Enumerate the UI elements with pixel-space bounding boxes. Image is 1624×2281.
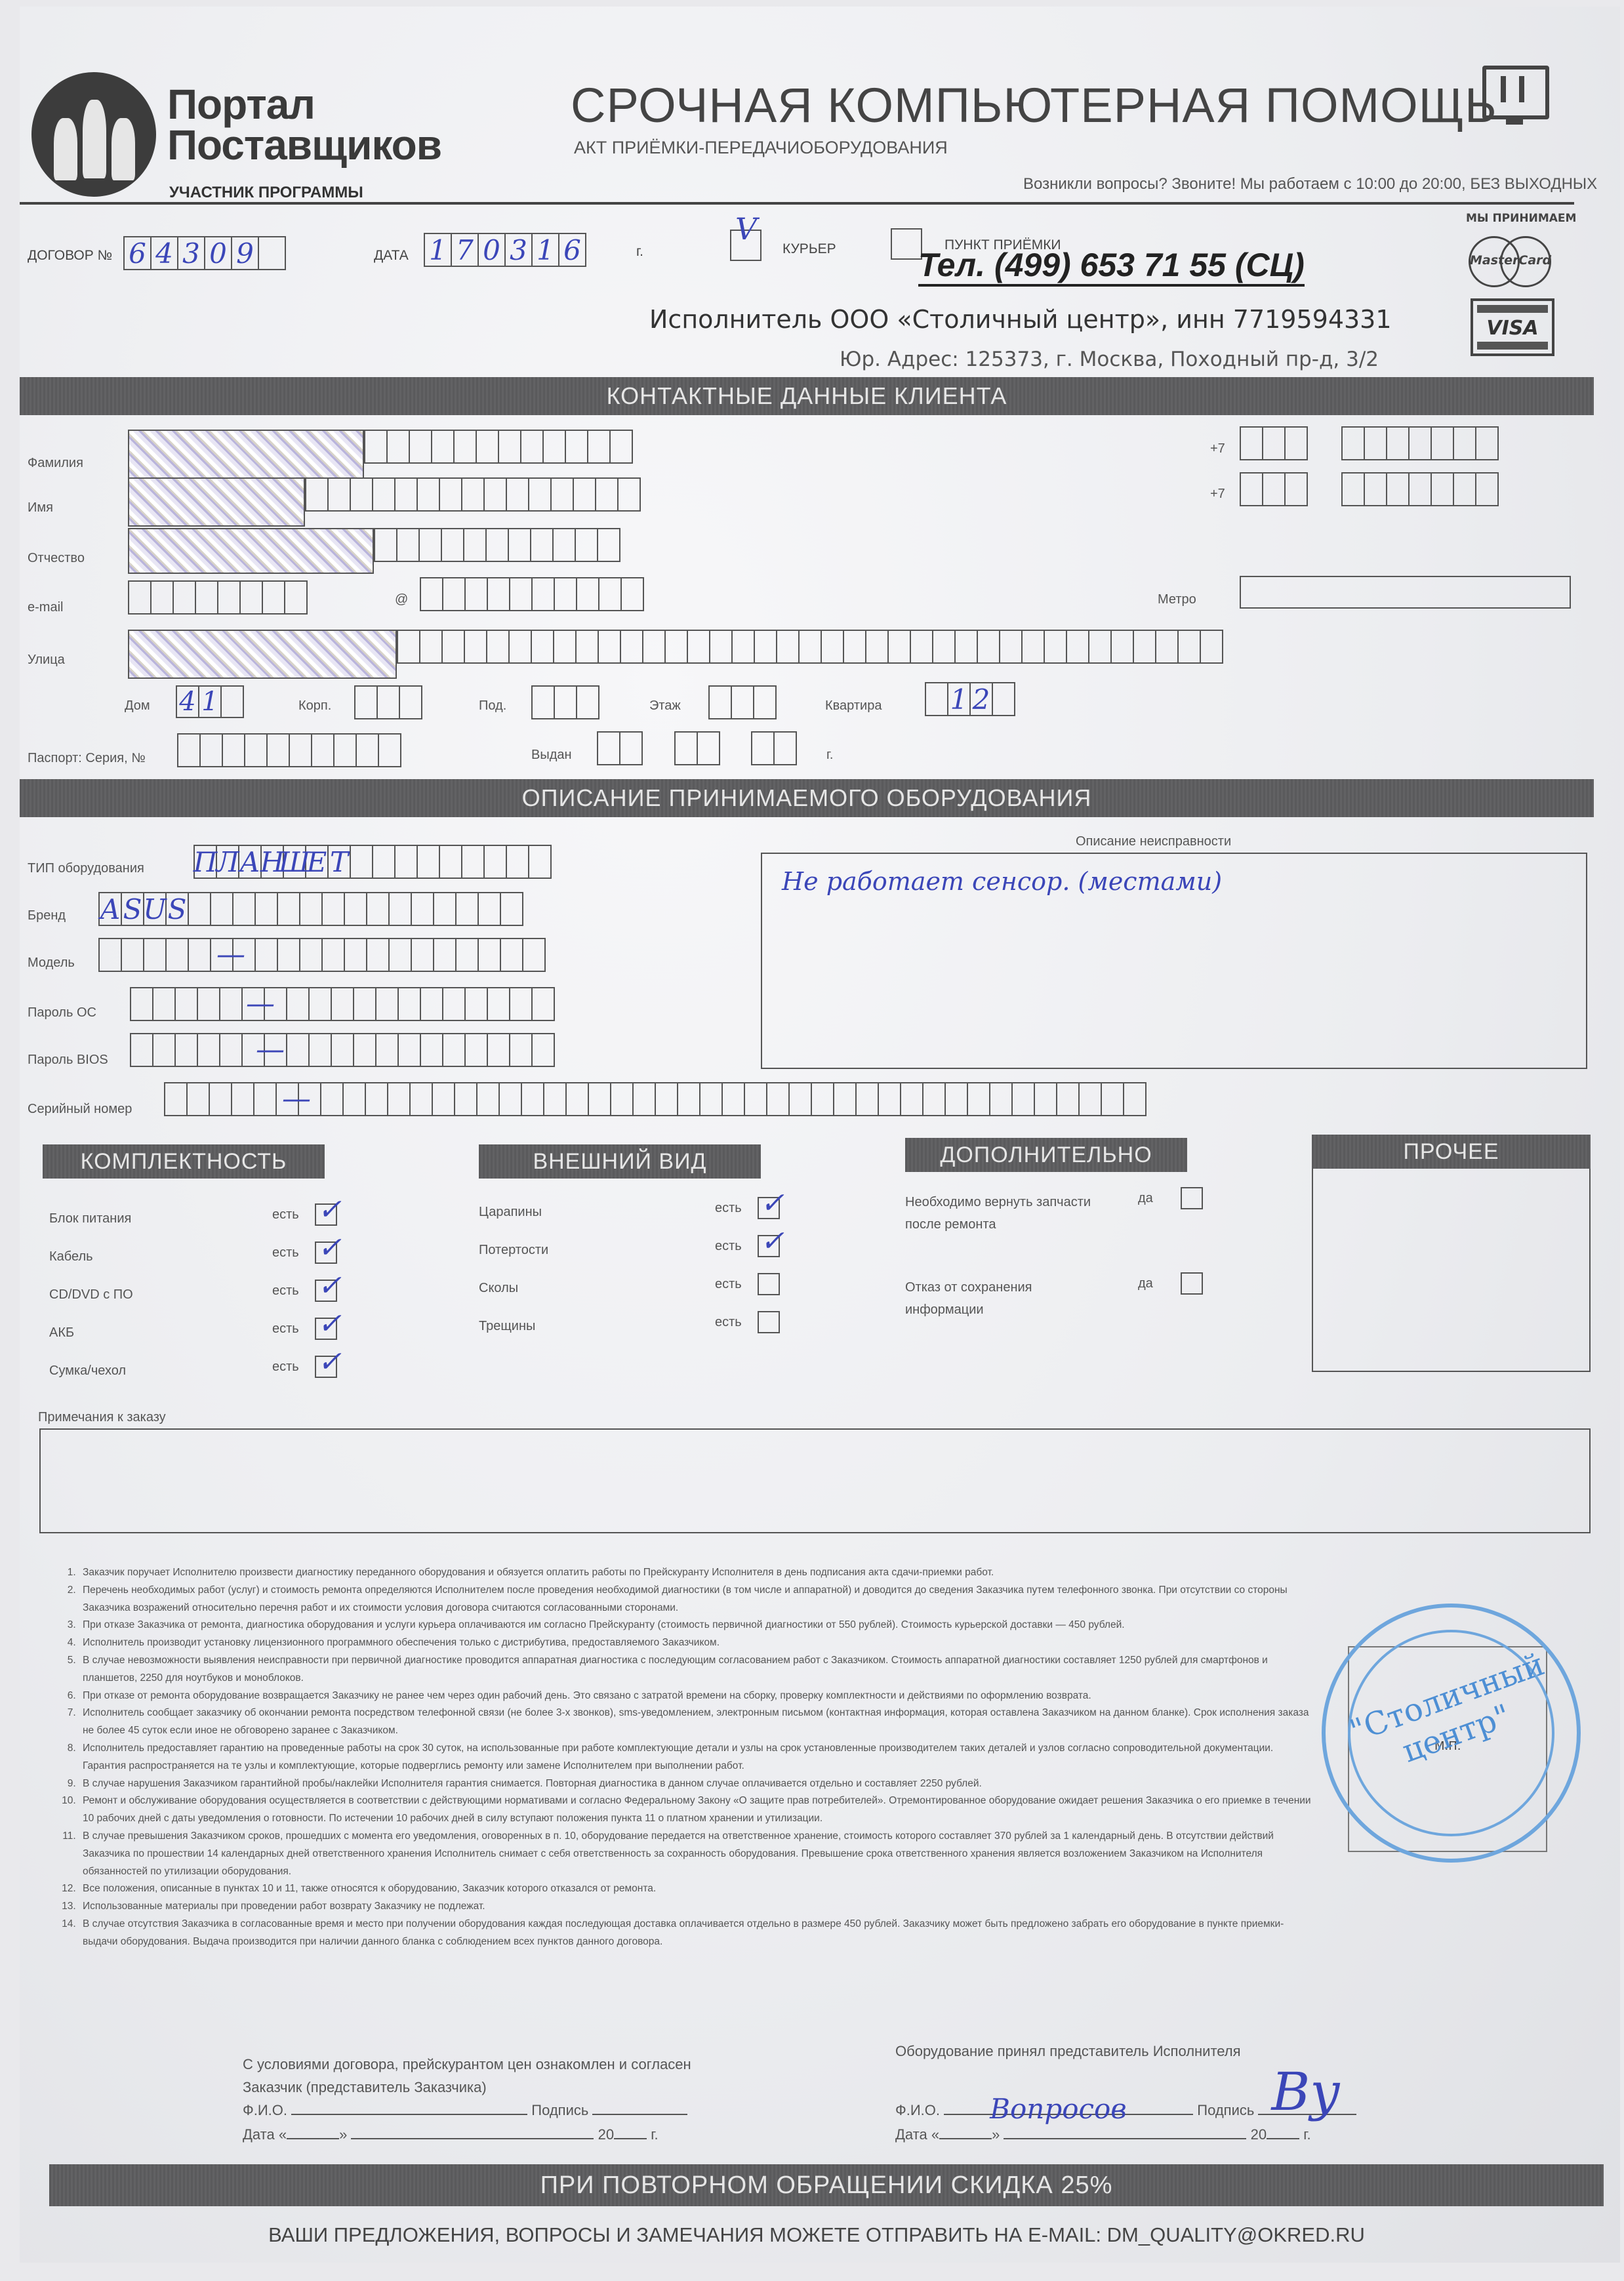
term-item: При отказе от ремонта оборудование возвр… [79, 1687, 1318, 1705]
os-password-label: Пароль ОС [28, 1005, 96, 1020]
cell-value: U [143, 893, 166, 925]
checklist-yes-label: есть [715, 1315, 742, 1330]
field-cell [1432, 472, 1454, 506]
section-header-completeness: КОМПЛЕКТНОСТЬ [43, 1144, 325, 1179]
field-cell [1134, 630, 1156, 664]
bios-password-field[interactable] [130, 1033, 555, 1067]
field-cell [418, 845, 440, 879]
phone1-code-field[interactable] [1240, 426, 1308, 460]
pickup-point-checkbox[interactable] [891, 228, 922, 260]
field-cell [357, 733, 379, 767]
field-cell [263, 580, 285, 615]
customer-year-input[interactable] [614, 2138, 647, 2139]
check-mark-icon: ✓ [317, 1307, 342, 1341]
cell-value: 0 [209, 237, 227, 270]
field-cell [144, 938, 167, 972]
equipment-type-label: ТИП оборудования [28, 861, 144, 876]
field-cell [676, 731, 698, 765]
field-cell [420, 528, 442, 562]
street-redacted [128, 630, 397, 679]
checklist-checkbox[interactable]: ✓ [315, 1356, 337, 1378]
field-cell [367, 938, 390, 972]
mastercard-label: MasterCard [1470, 253, 1551, 268]
field-cell [487, 630, 510, 664]
field-cell [300, 938, 323, 972]
brand-label: Бренд [28, 908, 66, 923]
term-item: Все положения, описанные в пунктах 10 и … [79, 1880, 1318, 1898]
field-cell [554, 630, 577, 664]
bios-password-label: Пароль BIOS [28, 1053, 108, 1068]
house-field[interactable]: 41 [176, 685, 244, 718]
field-cell [755, 630, 777, 664]
customer-fio-row: Ф.И.О. Подпись [243, 2102, 687, 2119]
check-mark-icon: ✓ [317, 1345, 342, 1379]
model-field[interactable] [98, 938, 546, 972]
field-cell: 7 [452, 233, 479, 267]
field-cell [466, 577, 488, 611]
field-cell [479, 892, 501, 926]
field-cell [287, 987, 310, 1021]
field-cell [388, 1082, 411, 1116]
cell-value: 1 [950, 683, 968, 716]
field-cell [521, 430, 544, 464]
bios-password-value: — [256, 1033, 285, 1066]
field-cell [634, 1082, 656, 1116]
email-domain-field[interactable] [420, 577, 644, 611]
field-cell [552, 477, 574, 512]
customer-fio-input[interactable] [291, 2114, 527, 2115]
date-close-quote: » [992, 2126, 1000, 2143]
serial-value: — [282, 1082, 311, 1116]
visa-label: VISA [1473, 317, 1552, 340]
checklist-checkbox[interactable]: ✓ [758, 1197, 780, 1219]
checklist-label: Сумка/чехол [49, 1360, 213, 1382]
field-cell [1241, 472, 1263, 506]
executor-date-row: Дата «» 20 г. [895, 2126, 1311, 2143]
executor-sign-input[interactable]: Ву [1258, 2114, 1356, 2115]
field-cell [287, 1033, 310, 1067]
field-cell [723, 1082, 745, 1116]
street-field[interactable] [397, 630, 1223, 664]
customer-day-input[interactable] [287, 2138, 339, 2139]
field-cell [399, 987, 421, 1021]
field-cell [188, 1082, 210, 1116]
field-cell [1365, 426, 1387, 460]
page-title: СРОЧНАЯ КОМПЬЮТЕРНАЯ ПОМОЩЬ [571, 77, 1497, 133]
customer-sign-input[interactable] [592, 2114, 687, 2115]
date-field[interactable]: 170316 [424, 233, 586, 267]
cell-value: Е [307, 846, 327, 878]
field-cell [598, 731, 620, 765]
courier-check-mark: V [735, 211, 757, 247]
field-cell [189, 892, 211, 926]
field-cell [167, 938, 189, 972]
checklist-yes-label: есть [272, 1360, 299, 1375]
field-cell [268, 733, 290, 767]
phone2-number-field[interactable] [1341, 472, 1499, 506]
hotline-notice: Возникли вопросы? Звоните! Мы работаем с… [1023, 175, 1597, 193]
field-cell [532, 630, 554, 664]
field-cell [198, 1033, 220, 1067]
checklist-checkbox[interactable]: ✓ [758, 1235, 780, 1257]
fault-description-field[interactable]: Не работает сенсор. (местами) [761, 853, 1587, 1069]
executor-title: Оборудование принял представитель Исполн… [895, 2043, 1241, 2060]
term-item: В случае нарушения Заказчиком гарантийно… [79, 1775, 1318, 1793]
patronymic-redacted [128, 528, 374, 574]
checklist-yes-label: есть [272, 1283, 299, 1299]
checklist-yes-label: да [1138, 1276, 1153, 1291]
notes-label: Примечания к заказу [38, 1410, 166, 1425]
at-sign: @ [395, 592, 408, 607]
field-cell [933, 630, 956, 664]
entrance-label: Под. [479, 698, 506, 714]
field-cell [643, 630, 666, 664]
field-cell [566, 430, 588, 464]
field-cell [510, 577, 533, 611]
term-item: Исполнитель производит установку лицензи… [79, 1634, 1318, 1652]
cell-value: 6 [129, 237, 146, 270]
name-field[interactable] [305, 477, 641, 512]
issued-year-field[interactable] [751, 731, 797, 765]
field-cell: 6 [559, 233, 586, 267]
field-cell [1057, 1082, 1080, 1116]
field-cell [396, 477, 418, 512]
checklist-row: Сколыесть [479, 1273, 794, 1311]
entrance-field[interactable] [531, 685, 599, 719]
field-cell [844, 630, 866, 664]
field-cell [619, 477, 641, 512]
field-cell [278, 892, 300, 926]
date-close-quote: » [339, 2126, 347, 2143]
field-cell [523, 938, 546, 972]
field-cell [1410, 426, 1432, 460]
executor-day-input[interactable] [939, 2138, 992, 2139]
field-cell [1263, 472, 1286, 506]
checklist-label: Сколы [479, 1277, 643, 1299]
cell-value: S [168, 893, 187, 925]
model-label: Модель [28, 956, 75, 971]
field-cell [501, 938, 523, 972]
executor-year-input[interactable] [1267, 2138, 1299, 2139]
field-cell [620, 731, 643, 765]
field-cell [577, 630, 599, 664]
field-cell [554, 528, 576, 562]
field-cell [574, 477, 596, 512]
field-cell [351, 845, 373, 879]
field-cell [544, 430, 566, 464]
name-label: Имя [28, 500, 53, 515]
field-cell [390, 892, 412, 926]
cell-value: A [100, 893, 120, 925]
field-cell: 1 [533, 233, 559, 267]
field-cell [390, 938, 412, 972]
cell-value: 0 [483, 234, 500, 266]
floor-field[interactable] [708, 685, 777, 719]
checklist-checkbox[interactable]: ✓ [315, 1241, 337, 1264]
field-cell [355, 685, 378, 719]
field-cell [990, 1082, 1013, 1116]
checklist-checkbox[interactable] [758, 1273, 780, 1295]
field-cell [332, 1033, 354, 1067]
field-cell [233, 892, 256, 926]
surname-redacted [128, 430, 364, 479]
field-cell [329, 477, 351, 512]
other-field[interactable] [1312, 1169, 1591, 1372]
passport-field[interactable] [177, 733, 401, 767]
field-cell [1023, 630, 1045, 664]
field-cell [611, 430, 633, 464]
checklist-label: Отказ от сохранения информации [905, 1276, 1102, 1321]
cell-value: S [123, 893, 142, 925]
field-cell [440, 477, 462, 512]
field-cell [1387, 472, 1410, 506]
check-mark-icon: ✓ [317, 1193, 342, 1226]
building-field[interactable] [354, 685, 422, 719]
issued-month-field[interactable] [674, 731, 720, 765]
field-cell [232, 1082, 254, 1116]
check-mark-icon: ✓ [317, 1231, 342, 1264]
field-cell [367, 892, 390, 926]
field-cell [211, 892, 233, 926]
checklist-checkbox[interactable]: ✓ [315, 1318, 337, 1340]
surname-field[interactable] [364, 430, 633, 464]
field-cell [176, 1033, 198, 1067]
field-cell [335, 733, 357, 767]
field-cell [433, 1082, 455, 1116]
term-item: Исполнитель предоставляет гарантию на пр… [79, 1740, 1318, 1775]
field-cell [174, 580, 196, 615]
field-cell [310, 987, 332, 1021]
section-header-other: ПРОЧЕЕ [1312, 1135, 1591, 1169]
field-cell [822, 630, 844, 664]
executor-fio-value: Вопросов [990, 2093, 1127, 2125]
field-cell [218, 580, 241, 615]
field-cell: S [122, 892, 144, 926]
field-cell: 3 [178, 236, 205, 270]
field-cell: 0 [205, 236, 232, 270]
field-cell: 3 [506, 233, 533, 267]
mastercard-icon: MasterCard [1466, 230, 1551, 289]
field-cell [698, 731, 720, 765]
field-cell [522, 1082, 544, 1116]
field-cell [488, 1033, 510, 1067]
field-cell [254, 1082, 277, 1116]
field-cell [688, 630, 710, 664]
checklist-checkbox[interactable]: ✓ [315, 1203, 337, 1226]
field-cell [285, 580, 308, 615]
equipment-type-field[interactable]: ПЛАНШЕТ [193, 845, 552, 879]
field-cell [1343, 426, 1365, 460]
field-cell [220, 1033, 243, 1067]
field-cell [529, 477, 552, 512]
field-cell [131, 1033, 153, 1067]
cell-value: 6 [563, 234, 581, 266]
field-cell [379, 733, 401, 767]
field-cell [666, 630, 688, 664]
year-suffix-label: г. [1303, 2126, 1310, 2143]
field-cell [312, 733, 335, 767]
field-cell [1124, 1082, 1147, 1116]
customer-date-label: Дата « [243, 2126, 287, 2143]
check-mark-icon: ✓ [760, 1186, 784, 1220]
field-cell [1387, 426, 1410, 460]
field-cell [1201, 630, 1223, 664]
field-cell [488, 577, 510, 611]
email-label: e-mail [28, 600, 63, 615]
field-cell [1286, 472, 1308, 506]
cell-value: 1 [201, 687, 218, 717]
serial-field[interactable] [164, 1082, 1147, 1116]
issued-day-field[interactable] [597, 731, 643, 765]
field-cell [432, 430, 455, 464]
field-cell [589, 1082, 611, 1116]
field-cell [323, 938, 345, 972]
check-mark-icon: ✓ [760, 1224, 784, 1258]
year-suffix: г. [636, 244, 643, 260]
field-cell [501, 892, 523, 926]
field-cell [256, 938, 278, 972]
field-cell [533, 685, 555, 719]
date-label: ДАТА [374, 248, 409, 264]
patronymic-label: Отчество [28, 551, 85, 566]
metro-field[interactable] [1240, 576, 1571, 609]
checklist-checkbox[interactable] [758, 1311, 780, 1333]
os-password-field[interactable] [130, 987, 555, 1021]
company-stamp: "Столичный центр" [1322, 1604, 1581, 1863]
checklist-checkbox[interactable] [1181, 1272, 1203, 1295]
field-cell [533, 987, 555, 1021]
field-cell: 4 [177, 685, 199, 718]
patronymic-field[interactable] [374, 528, 620, 562]
field-cell: 1 [199, 685, 222, 718]
notes-field[interactable] [39, 1428, 1591, 1533]
checklist-yes-label: есть [715, 1201, 742, 1216]
checklist-label: Блок питания [49, 1207, 213, 1230]
field-cell [378, 685, 400, 719]
field-cell [375, 528, 397, 562]
term-item: При отказе Заказчика от ремонта, диагнос… [79, 1617, 1318, 1634]
field-cell [978, 630, 1000, 664]
field-cell [754, 685, 777, 719]
field-cell [509, 528, 531, 562]
checklist-checkbox[interactable]: ✓ [315, 1280, 337, 1302]
service-phone: Тел. (499) 653 71 55 (СЦ) [918, 246, 1305, 287]
field-cell [866, 630, 889, 664]
field-cell [100, 938, 122, 972]
checklist-yes-label: да [1138, 1191, 1153, 1206]
field-cell [588, 430, 611, 464]
cell-value: 7 [456, 234, 474, 266]
term-item: Исполнитель сообщает заказчику об оконча… [79, 1705, 1318, 1740]
term-item: Перечень необходимых работ (услуг) и сто… [79, 1582, 1318, 1617]
executor-fio-input[interactable]: Вопросов [944, 2114, 1193, 2115]
field-cell [376, 1033, 399, 1067]
email-local-field[interactable] [128, 580, 308, 615]
field-cell [710, 630, 733, 664]
metro-label: Метро [1158, 592, 1196, 607]
contract-number-field[interactable]: 64309 [123, 236, 286, 270]
field-cell [176, 987, 198, 1021]
field-cell [499, 430, 521, 464]
field-cell [555, 685, 577, 719]
logo-title: Портал Поставщиков [167, 84, 441, 165]
field-cell [421, 1033, 443, 1067]
apartment-field[interactable]: 12 [925, 682, 1015, 716]
phone2-code-field[interactable] [1240, 472, 1308, 506]
cell-value: 2 [973, 683, 990, 716]
serial-label: Серийный номер [28, 1102, 132, 1117]
field-cell [531, 528, 554, 562]
field-cell [278, 938, 300, 972]
field-cell [533, 1033, 555, 1067]
checklist-label: АКБ [49, 1322, 213, 1344]
field-cell [412, 938, 434, 972]
field-cell [834, 1082, 857, 1116]
customer-month-input[interactable] [351, 2138, 594, 2139]
checklist-row: Блок питанияесть✓ [49, 1203, 351, 1241]
phone1-number-field[interactable] [1341, 426, 1499, 460]
field-cell [306, 477, 329, 512]
field-cell [443, 1033, 466, 1067]
field-cell [510, 1033, 533, 1067]
cell-value: 9 [236, 237, 254, 270]
section-header-equipment: ОПИСАНИЕ ПРИНИМАЕМОГО ОБОРУДОВАНИЯ [20, 779, 1594, 817]
field-cell [256, 892, 278, 926]
checklist-checkbox[interactable] [1181, 1187, 1203, 1209]
field-cell [812, 1082, 834, 1116]
term-item: В случае невозможности выявления неиспра… [79, 1652, 1318, 1687]
floor-label: Этаж [649, 698, 681, 714]
field-cell [477, 1082, 500, 1116]
field-cell [1476, 472, 1499, 506]
field-cell [290, 733, 312, 767]
field-cell: A [100, 892, 122, 926]
field-cell [418, 477, 440, 512]
field-cell [485, 845, 507, 879]
section-header-appearance: ВНЕШНИЙ ВИД [479, 1144, 761, 1179]
brand-field[interactable]: ASUS [98, 892, 523, 926]
field-cell [131, 987, 153, 1021]
field-cell [464, 528, 487, 562]
field-cell: U [144, 892, 167, 926]
field-cell: Л [217, 845, 239, 879]
payment-accept-label: МЫ ПРИНИМАЕМ [1466, 212, 1576, 225]
section-header-client: КОНТАКТНЫЕ ДАННЫЕ КЛИЕНТА [20, 377, 1594, 415]
field-cell [924, 1082, 946, 1116]
surname-label: Фамилия [28, 456, 83, 471]
checklist-yes-label: есть [272, 1207, 299, 1222]
field-cell [1035, 1082, 1057, 1116]
executor-month-input[interactable] [1004, 2138, 1246, 2139]
field-cell [241, 580, 263, 615]
passport-label: Паспорт: Серия, № [28, 751, 146, 766]
courier-checkbox[interactable]: V [730, 230, 761, 261]
field-cell [775, 731, 797, 765]
field-cell [310, 1033, 332, 1067]
checklist-label: Царапины [479, 1201, 643, 1223]
street-label: Улица [28, 653, 65, 668]
field-cell [1241, 426, 1263, 460]
field-cell [745, 1082, 767, 1116]
field-cell [1432, 426, 1454, 460]
field-cell [396, 845, 418, 879]
customer-fio-label: Ф.И.О. [243, 2102, 287, 2118]
field-cell [678, 1082, 700, 1116]
field-cell [621, 630, 643, 664]
section-header-additional: ДОПОЛНИТЕЛЬНО [905, 1138, 1187, 1172]
field-cell [129, 580, 152, 615]
field-cell [196, 580, 218, 615]
